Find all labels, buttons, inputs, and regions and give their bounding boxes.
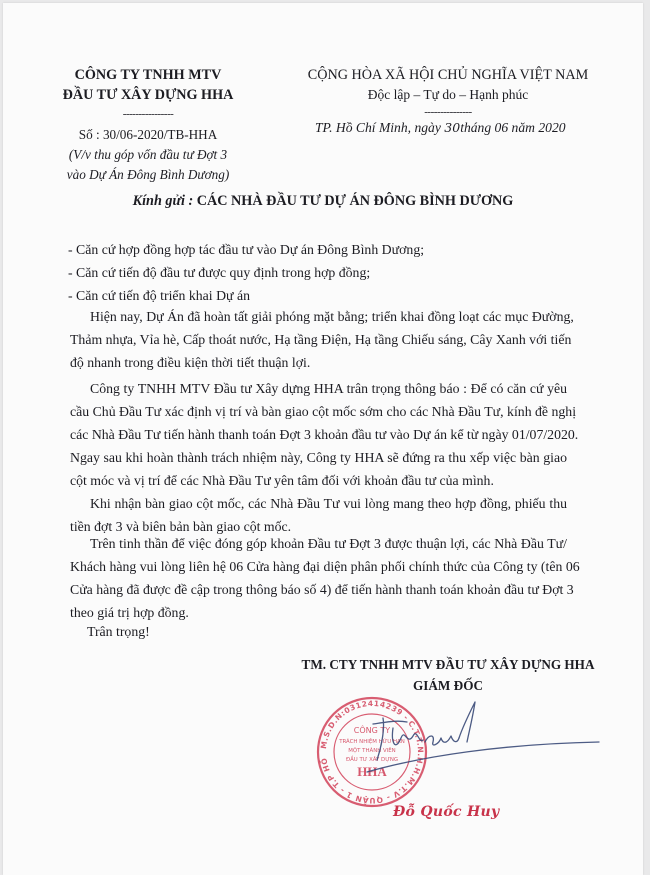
paragraph-line: theo giá trị hợp đồng.	[70, 601, 567, 624]
document-page: CÔNG TY TNHH MTV ĐẦU TƯ XÂY DỰNG HHA ---…	[3, 3, 643, 875]
paragraph-line: Thảm nhựa, Vỉa hè, Cấp thoát nước, Hạ tầ…	[70, 328, 567, 351]
paragraph-line: cầu Chủ Đầu Tư xác định vị trí và bàn gi…	[70, 400, 567, 423]
paragraph-line: Công ty TNHH MTV Đầu tư Xây dựng HHA trâ…	[70, 377, 567, 400]
signature-block: TM. CTY TNHH MTV ĐẦU TƯ XÂY DỰNG HHA GIÁ…	[283, 654, 613, 696]
date-prefix: TP. Hồ Chí Minh, ngày	[315, 120, 444, 135]
signer-name: Đỗ Quốc Huy	[393, 804, 499, 820]
header-divider: ----------------	[43, 107, 253, 121]
subject-line1: (V/v thu góp vốn đầu tư Đợt 3	[43, 145, 253, 165]
company-name-line1: CÔNG TY TNHH MTV	[43, 65, 253, 85]
date-suffix: tháng 06 năm 2020	[460, 120, 565, 135]
company-header: CÔNG TY TNHH MTV ĐẦU TƯ XÂY DỰNG HHA ---…	[43, 65, 253, 185]
paragraph-line: độ nhanh trong điều kiện thời tiết thuận…	[70, 351, 567, 374]
subject-line2: vào Dự Án Đông Bình Dương)	[43, 165, 253, 185]
paragraph-line: cột móc và vị trí để các Nhà Đầu Tư yên …	[70, 469, 567, 492]
national-motto: Độc lập – Tự do – Hạnh phúc	[283, 85, 613, 105]
document-date: TP. Hồ Chí Minh, ngày 30tháng 06 năm 202…	[315, 120, 566, 136]
paragraph-line: Trên tinh thần để việc đóng góp khoản Đầ…	[70, 532, 567, 555]
paragraph-contact: Trên tinh thần để việc đóng góp khoản Đầ…	[70, 532, 567, 624]
closing-salutation: Trân trọng!	[87, 624, 150, 640]
country-name: CỘNG HÒA XÃ HỘI CHỦ NGHĨA VIỆT NAM	[283, 65, 613, 85]
motto-divider: ---------------	[283, 105, 613, 119]
addressee-recipient: CÁC NHÀ ĐẦU TƯ DỰ ÁN ĐÔNG BÌNH DƯƠNG	[197, 193, 514, 209]
paragraph-progress: Hiện nay, Dự Án đã hoàn tất giải phóng m…	[70, 305, 567, 374]
date-day: 30	[444, 120, 460, 135]
legal-bases-list: - Căn cứ hợp đồng hợp tác đầu tư vào Dự …	[68, 238, 424, 307]
paragraph-line: Khi nhận bàn giao cột mốc, các Nhà Đầu T…	[70, 492, 567, 515]
legal-basis-item: - Căn cứ tiến độ triển khai Dự án	[68, 284, 424, 307]
document-number: Số : 30/06-2020/TB-HHA	[43, 125, 253, 145]
paragraph-line: Hiện nay, Dự Án đã hoàn tất giải phóng m…	[70, 305, 567, 328]
signer-title: GIÁM ĐỐC	[283, 675, 613, 696]
paragraph-payment-notice: Công ty TNHH MTV Đầu tư Xây dựng HHA trâ…	[70, 377, 567, 492]
paragraph-line: các Nhà Đầu Tư tiến hành thanh toán Đợt …	[70, 423, 567, 446]
paragraph-line: Cửa hàng đã được đề cập trong thông báo …	[70, 578, 567, 601]
legal-basis-item: - Căn cứ hợp đồng hợp tác đầu tư vào Dự …	[68, 238, 424, 261]
signing-organization: TM. CTY TNHH MTV ĐẦU TƯ XÂY DỰNG HHA	[283, 654, 613, 675]
addressee-label: Kính gửi :	[133, 193, 197, 209]
national-header: CỘNG HÒA XÃ HỘI CHỦ NGHĨA VIỆT NAM Độc l…	[283, 65, 613, 119]
paragraph-line: Khách hàng vui lòng liên hệ 06 Cửa hàng …	[70, 555, 567, 578]
addressee: Kính gửi : CÁC NHÀ ĐẦU TƯ DỰ ÁN ĐÔNG BÌN…	[3, 193, 643, 210]
paragraph-line: Ngay sau khi hoàn thành trách nhiệm này,…	[70, 446, 567, 469]
company-name-line2: ĐẦU TƯ XÂY DỰNG HHA	[43, 85, 253, 105]
handwritten-signature	[363, 698, 603, 778]
legal-basis-item: - Căn cứ tiến độ đầu tư được quy định tr…	[68, 261, 424, 284]
